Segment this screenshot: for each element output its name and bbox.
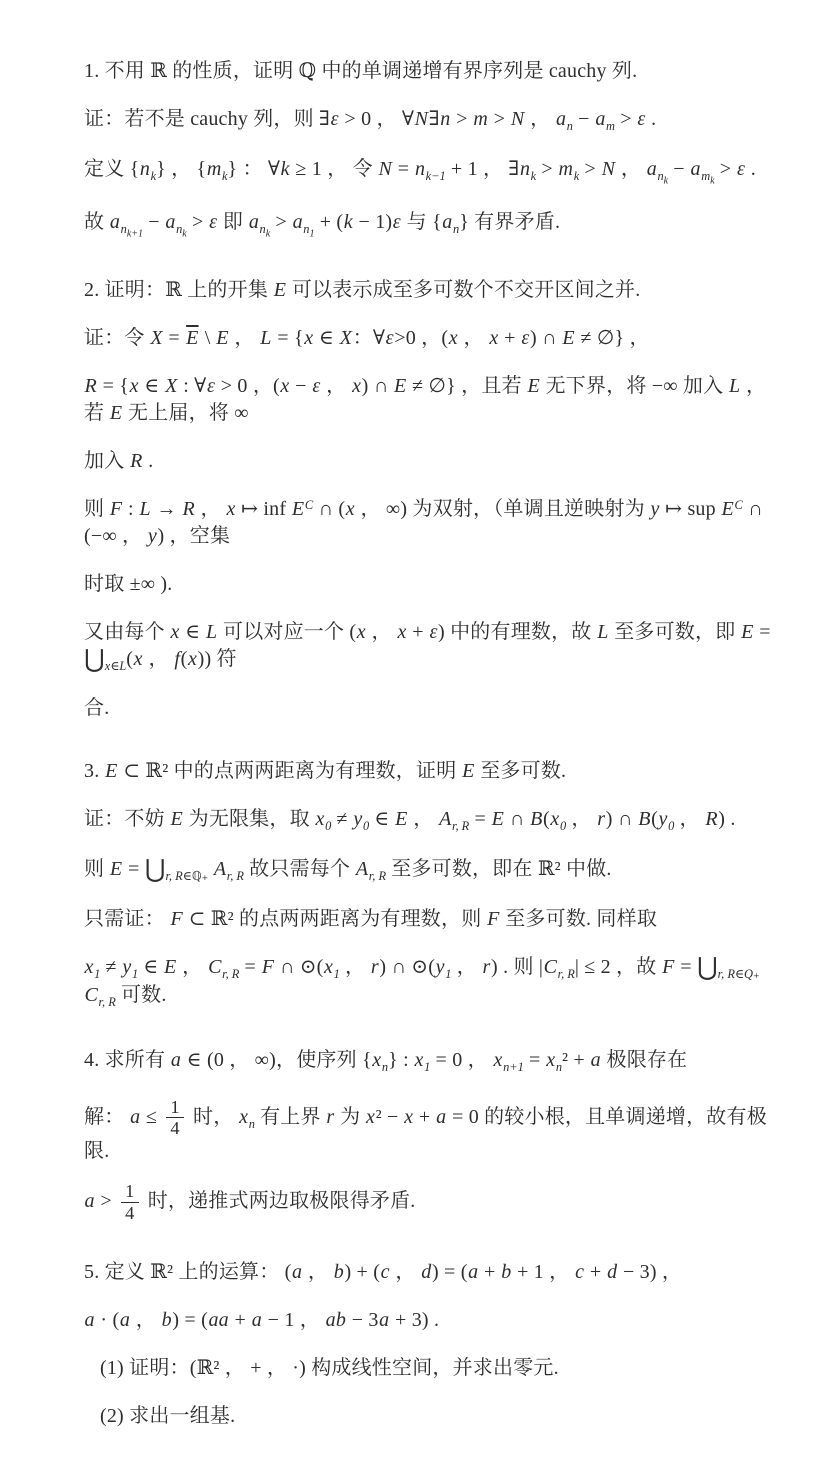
text-run: 证：若不是 cauchy 列，则 ∃: [84, 108, 330, 130]
problem-5-statement: 5. 定义 ℝ² 上的运算： (a ， b) + (c ， d) = (a + …: [84, 1259, 781, 1286]
text-run: (: [181, 648, 188, 670]
text-run: (: [651, 808, 658, 830]
text-run: >0 ，(: [394, 327, 448, 349]
text-run: >: [270, 211, 292, 233]
text-run: +: [414, 1106, 436, 1128]
text-run: L: [729, 375, 741, 397]
text-run: (2) 求出一组基.: [100, 1405, 235, 1427]
text-run: L: [597, 621, 609, 643]
text-run: C: [84, 984, 99, 1006]
text-run: E: [109, 858, 122, 880]
text-run: k: [343, 211, 353, 233]
problem-5-part-2: (2) 求出一组基.: [84, 1403, 781, 1430]
text-run: +: [479, 1261, 501, 1283]
text-run: x: [352, 375, 362, 397]
text-run: ab: [325, 1309, 346, 1331]
text-run: 为无限集，取: [183, 808, 315, 830]
text-run: ，: [229, 327, 260, 349]
text-run: R: [182, 498, 195, 520]
text-run: n: [519, 158, 530, 180]
text-run: N: [510, 108, 525, 130]
text-run: 至多可数.: [475, 760, 566, 782]
text-run: ∈: [180, 621, 205, 643]
text-run: X: [339, 327, 352, 349]
text-run: →: [151, 498, 182, 520]
text-run: a: [84, 1190, 95, 1212]
text-run: 时，: [188, 1106, 239, 1128]
text-run: −: [290, 375, 312, 397]
text-run: n: [414, 158, 425, 180]
text-run: a: [436, 1106, 447, 1128]
text-run: ，: [525, 108, 556, 130]
text-run: B: [638, 808, 651, 830]
text-run: ∩: [505, 808, 530, 830]
problem-3-union: 则 E = ⋃r, R∈ℚ₊ Ar, R 故只需每个 Ar, R 至多可数，即在…: [84, 856, 781, 885]
document-body: 1. 不用 ℝ 的性质，证明 ℚ 中的单调递增有界序列是 cauchy 列.证：…: [84, 58, 781, 1430]
problem-2-proof-setup: 证：令 X = E \ E ， L = {x ∈ X：∀ε>0 ，(x ， x …: [84, 325, 781, 352]
text-run: ↦ inf: [236, 498, 291, 520]
text-run: a: [292, 211, 303, 233]
text-run: X: [150, 327, 163, 349]
text-run: ) .: [718, 808, 735, 830]
text-run: R: [705, 808, 718, 830]
text-run: a: [109, 211, 120, 233]
text-run: x: [304, 327, 314, 349]
text-run: x: [372, 1049, 382, 1071]
text-run: X: [165, 375, 178, 397]
problem-5-scalar-multiplication: a · (a ， b) = (aa + a − 1 ， ab − 3a + 3)…: [84, 1307, 781, 1334]
text-run: ，: [451, 956, 482, 978]
text-run: x: [129, 375, 139, 397]
text-run: a: [468, 1261, 479, 1283]
text-run: − 3) ，: [618, 1261, 682, 1283]
text-run: 可以表示成至多可数个不交开区间之并.: [287, 279, 641, 301]
text-run: 至多可数. 同样取: [500, 908, 657, 930]
text-run: ) = (: [432, 1261, 468, 1283]
text-run: ⊂ ℝ² 的点两两距离为有理数，则: [183, 908, 486, 930]
text-run: r: [597, 808, 606, 830]
text-run: ，: [366, 621, 397, 643]
text-run: 与 {: [401, 211, 441, 233]
problem-3-circles: x1 ≠ y1 ∈ E ， Cr, R = F ∩ ⊙(x1 ， r) ∩ ⊙(…: [84, 954, 781, 1011]
text-run: )) 符: [198, 648, 237, 670]
text-run: x: [356, 621, 366, 643]
problem-2-bijection-cont: 时取 ±∞ ).: [84, 571, 781, 598]
text-run: − 1): [353, 211, 392, 233]
text-run: x: [226, 498, 236, 520]
text-run: ) + (: [345, 1261, 381, 1283]
text-run: x: [170, 621, 180, 643]
text-run: E: [273, 279, 286, 301]
text-run: } :: [388, 1049, 414, 1071]
text-run: F: [109, 498, 122, 520]
text-run: ⋃: [697, 954, 718, 981]
text-run: ) ∩: [362, 375, 394, 397]
text-run: ≥ 1 ， 令: [290, 158, 378, 180]
text-run: c: [380, 1261, 390, 1283]
text-run: A: [355, 858, 368, 880]
text-run: C: [734, 498, 742, 512]
text-run: ≠ ∅} ，: [575, 327, 649, 349]
text-run: r: [482, 956, 491, 978]
text-run: 故只需每个: [244, 858, 355, 880]
text-run: 可数.: [116, 984, 167, 1006]
text-run: | ≤ 2 ，故: [575, 956, 662, 978]
text-run: >: [451, 108, 473, 130]
text-run: b: [501, 1261, 512, 1283]
text-run: x: [493, 1049, 503, 1071]
text-run: ，: [177, 956, 208, 978]
text-run: n: [440, 108, 451, 130]
text-run: −: [143, 211, 165, 233]
text-run: >: [615, 108, 637, 130]
text-run: 即: [218, 211, 249, 233]
text-run: >: [715, 158, 737, 180]
text-run: E: [109, 402, 122, 424]
text-run: m: [701, 169, 710, 183]
text-run: >: [579, 158, 601, 180]
text-run: ，: [143, 648, 174, 670]
text-run: ≠: [100, 956, 122, 978]
problem-2-right-set-cont: 加入 R .: [84, 448, 781, 475]
text-run: .: [143, 450, 153, 472]
text-run: N: [378, 158, 393, 180]
text-run: B: [530, 808, 543, 830]
text-run: k+1: [127, 228, 143, 239]
text-run: ∩ (: [313, 498, 345, 520]
text-run: −: [573, 108, 595, 130]
text-run: ，: [616, 158, 647, 180]
text-run: 又由每个: [84, 621, 170, 643]
text-run: − 3: [347, 1309, 379, 1331]
text-run: d: [607, 1261, 618, 1283]
text-run: −: [668, 158, 690, 180]
text-run: x: [550, 808, 560, 830]
text-run: > 0 ，(: [216, 375, 280, 397]
text-run: 时，递推式两边取极限得矛盾.: [143, 1190, 416, 1212]
text-run: =: [524, 1049, 546, 1071]
text-run: ，: [303, 1261, 334, 1283]
text-run: x: [397, 621, 407, 643]
text-run: E: [395, 808, 408, 830]
text-run: : ∀: [178, 375, 206, 397]
text-run: ∩ ⊙(: [275, 956, 324, 978]
problem-2-bijection: 则 F : L → R ， x ↦ inf EC ∩ (x ， ∞) 为双射，（…: [84, 496, 781, 550]
text-run: 为: [335, 1106, 366, 1128]
text-run: A: [213, 858, 226, 880]
text-run: m: [206, 158, 222, 180]
text-run: L: [205, 621, 217, 643]
text-run: m: [558, 158, 574, 180]
text-run: C: [208, 956, 223, 978]
text-run: ∈ (0 ， ∞)，使序列 {: [182, 1049, 372, 1071]
text-run: + 3) .: [390, 1309, 439, 1331]
text-run: x: [324, 956, 334, 978]
text-run: a: [690, 158, 701, 180]
text-run: F: [170, 908, 183, 930]
text-run: =: [675, 956, 697, 978]
text-run: E: [462, 760, 475, 782]
text-run: ，: [390, 1261, 421, 1283]
text-run: x: [448, 327, 458, 349]
problem-1-statement: 1. 不用 ℝ 的性质，证明 ℚ 中的单调递增有界序列是 cauchy 列.: [84, 58, 781, 85]
problem-1-proof-setup: 证：若不是 cauchy 列，则 ∃ε > 0 ， ∀N∃n > m > N ，…: [84, 106, 781, 135]
text-run: ε: [429, 621, 438, 643]
text-run: ，: [458, 327, 489, 349]
text-run: ² +: [562, 1049, 590, 1071]
text-run: ⋃: [84, 646, 105, 673]
text-run: ∈: [369, 808, 394, 830]
problem-2-countability: 又由每个 x ∈ L 可以对应一个 (x ， x + ε) 中的有理数，故 L …: [84, 619, 781, 675]
text-run: ) . 则 |: [491, 956, 543, 978]
text-run: 至多可数，即: [609, 621, 741, 643]
text-run: x: [315, 808, 325, 830]
text-run: a: [130, 1106, 141, 1128]
text-run: r: [326, 1106, 335, 1128]
text-run: a: [379, 1309, 390, 1331]
text-run: E: [562, 327, 575, 349]
text-run: E: [527, 375, 540, 397]
text-run: ，: [321, 375, 352, 397]
text-run: ε: [521, 327, 530, 349]
text-run: =: [754, 621, 771, 643]
text-run: ε: [312, 375, 321, 397]
text-run: ∈: [139, 375, 164, 397]
text-run: =: [469, 808, 491, 830]
text-run: L: [260, 327, 272, 349]
text-run: k−1: [426, 169, 446, 183]
text-run: 有上界: [255, 1106, 326, 1128]
text-run: 时取 ±∞ ).: [84, 573, 173, 595]
text-run: a: [556, 108, 567, 130]
text-run: x: [280, 375, 290, 397]
text-run: 无下界，将 −∞ 加入: [540, 375, 728, 397]
text-run: .: [746, 158, 756, 180]
text-run: y: [650, 498, 660, 520]
text-run: +: [407, 621, 429, 643]
text-run: E: [291, 498, 304, 520]
text-run: ∃: [429, 108, 440, 130]
text-run: + (: [315, 211, 344, 233]
text-run: N: [601, 158, 616, 180]
text-run: ，: [408, 808, 439, 830]
problem-4-case-1: 解： a ≤ 14 时， xn 有上界 r 为 x² − x + a = 0 的…: [84, 1097, 781, 1165]
text-run: a: [170, 1049, 181, 1071]
text-run: x∈L: [105, 659, 127, 673]
text-run: ε: [209, 211, 218, 233]
text-run: 证：不妨: [84, 808, 170, 830]
text-run: x: [404, 1106, 414, 1128]
problem-2-right-set: R = {x ∈ X : ∀ε > 0 ，(x − ε ， x) ∩ E ≠ ∅…: [84, 373, 781, 427]
text-run: 则: [84, 858, 109, 880]
text-run: =: [163, 327, 185, 349]
text-run: ，: [340, 956, 371, 978]
text-run: a: [442, 211, 453, 233]
text-run: ² −: [376, 1106, 404, 1128]
text-run: ：∀: [353, 327, 385, 349]
problem-2-statement: 2. 证明：ℝ 上的开集 E 可以表示成至多可数个不交开区间之并.: [84, 277, 781, 304]
text-run: b: [161, 1309, 172, 1331]
text-run: E: [170, 808, 183, 830]
text-run: E: [741, 621, 754, 643]
text-run: k: [280, 158, 290, 180]
text-run: x: [188, 648, 198, 670]
text-run: 极限存在: [601, 1049, 687, 1071]
text-run: (: [543, 808, 550, 830]
text-run: y: [122, 956, 132, 978]
text-run: ⋃: [145, 856, 166, 883]
text-run: >: [536, 158, 558, 180]
text-run: a: [646, 158, 657, 180]
text-run: 定义 {: [84, 158, 139, 180]
text-run: = {: [97, 375, 129, 397]
text-run: .: [646, 108, 656, 130]
text-run: a: [165, 211, 176, 233]
text-run: E: [185, 327, 199, 349]
text-run: } 有界矛盾.: [459, 211, 560, 233]
text-run: R: [130, 450, 143, 472]
text-run: +: [499, 327, 521, 349]
text-run: a: [251, 1309, 262, 1331]
problem-3-proof-setup: 证：不妨 E 为无限集，取 x0 ≠ y0 ∈ E ， Ar, R = E ∩ …: [84, 806, 781, 835]
text-run: E: [721, 498, 734, 520]
text-run: ) ，空集: [157, 525, 230, 547]
problem-3-reduction: 只需证： F ⊂ ℝ² 的点两两距离为有理数，则 F 至多可数. 同样取: [84, 906, 781, 933]
text-run: x: [84, 956, 94, 978]
text-run: r, R∈ℚ₊: [165, 869, 208, 883]
text-run: 无上届，将 ∞: [123, 402, 249, 424]
text-run: d: [421, 1261, 432, 1283]
text-run: 14: [121, 1181, 138, 1222]
text-run: ε: [637, 108, 646, 130]
text-run: a: [590, 1049, 601, 1071]
text-run: a: [248, 211, 259, 233]
text-run: ，: [195, 498, 226, 520]
text-run: E: [216, 327, 229, 349]
problem-4-statement: 4. 求所有 a ∈ (0 ， ∞)，使序列 {xn} : x1 = 0 ， x…: [84, 1047, 781, 1076]
text-run: b: [333, 1261, 344, 1283]
text-run: +: [229, 1309, 251, 1331]
text-run: r, R: [99, 995, 116, 1009]
problem-4-case-2: a > 14 时，递推式两边取极限得矛盾.: [84, 1181, 781, 1222]
text-run: x: [133, 648, 143, 670]
text-run: E: [394, 375, 407, 397]
problem-2-countability-cont: 合.: [84, 695, 781, 722]
text-run: ≠ ∅} ，且若: [407, 375, 527, 397]
problem-1-construction: 定义 {nk} ， {mk} ： ∀k ≥ 1 ， 令 N = nk−1 + 1…: [84, 156, 781, 188]
text-run: ∈: [314, 327, 339, 349]
text-run: =: [393, 158, 415, 180]
text-run: 4. 求所有: [84, 1049, 170, 1071]
text-run: r, R: [222, 967, 239, 981]
text-run: ， ∞) 为双射，（单调且逆映射为: [355, 498, 650, 520]
problem-5-part-1: (1) 证明：(ℝ² ， + ， ·) 构成线性空间，并求出零元.: [84, 1355, 781, 1382]
text-run: >: [489, 108, 511, 130]
text-run: 证：令: [84, 327, 150, 349]
text-run: 至多可数，即在 ℝ² 中做.: [386, 858, 612, 880]
text-run: x: [365, 1106, 375, 1128]
text-run: ε: [385, 327, 394, 349]
text-run: ) = (: [172, 1309, 208, 1331]
problem-1-conclusion: 故 ank+1 − ank > ε 即 ank > an1 + (k − 1)ε…: [84, 209, 781, 241]
text-run: y: [435, 956, 445, 978]
text-run: 加入: [84, 450, 130, 472]
text-run: ≠: [331, 808, 353, 830]
text-run: a: [84, 1309, 95, 1331]
text-run: 合.: [84, 697, 109, 719]
text-run: x: [546, 1049, 556, 1071]
text-run: 2. 证明：ℝ 上的开集: [84, 279, 273, 301]
text-run: x: [239, 1106, 249, 1128]
text-run: m: [473, 108, 489, 130]
text-run: F: [261, 956, 274, 978]
text-run: E: [164, 956, 177, 978]
text-run: ↦ sup: [660, 498, 721, 520]
text-run: r, R∈Q₊: [718, 967, 760, 981]
text-run: 故: [84, 211, 109, 233]
text-run: 3.: [84, 760, 105, 782]
text-run: a: [119, 1309, 130, 1331]
text-run: } ， {: [156, 158, 206, 180]
text-run: C: [543, 956, 558, 978]
text-run: >: [187, 211, 209, 233]
text-run: ) 中的有理数，故: [438, 621, 597, 643]
text-run: 5. 定义 ℝ² 上的运算： (: [84, 1261, 291, 1283]
text-run: E: [105, 760, 118, 782]
text-run: ∈: [138, 956, 163, 978]
text-run: L: [139, 498, 151, 520]
text-run: 只需证：: [84, 908, 170, 930]
text-run: \: [200, 327, 216, 349]
text-run: > 0 ， ∀: [339, 108, 414, 130]
text-run: (1) 证明：(ℝ² ， + ， ·) 构成线性空间，并求出零元.: [100, 1357, 559, 1379]
text-run: y: [353, 808, 363, 830]
text-run: ⊂ ℝ² 中的点两两距离为有理数，证明: [118, 760, 462, 782]
text-run: x: [345, 498, 355, 520]
text-run: ) ∩: [606, 808, 638, 830]
text-run: r, R: [227, 869, 244, 883]
text-run: N: [414, 108, 429, 130]
text-run: F: [487, 908, 500, 930]
text-run: a: [595, 108, 606, 130]
text-run: ，: [674, 808, 705, 830]
text-run: m: [606, 119, 615, 133]
text-run: R: [84, 375, 97, 397]
text-run: aa: [208, 1309, 229, 1331]
text-run: =: [239, 956, 261, 978]
text-run: f: [174, 648, 181, 670]
text-run: − 1 ，: [262, 1309, 325, 1331]
text-run: + 1 ， ∃: [446, 158, 520, 180]
text-run: E: [491, 808, 504, 830]
text-run: ) ∩ ⊙(: [379, 956, 435, 978]
text-run: = {: [272, 327, 304, 349]
text-run: y: [658, 808, 668, 830]
text-run: n+1: [503, 1060, 524, 1074]
text-run: = 0 ，: [430, 1049, 493, 1071]
text-run: ) ∩: [530, 327, 562, 349]
text-run: ε: [392, 211, 401, 233]
text-run: 解：: [84, 1106, 130, 1128]
text-run: =: [123, 858, 145, 880]
document-page: 1. 不用 ℝ 的性质，证明 ℚ 中的单调递增有界序列是 cauchy 列.证：…: [0, 0, 833, 1481]
text-run: 14: [166, 1097, 183, 1138]
text-run: r, R: [369, 869, 386, 883]
text-run: r, R: [558, 967, 575, 981]
text-run: a: [291, 1261, 302, 1283]
text-run: ，: [566, 808, 597, 830]
text-run: ε: [736, 158, 745, 180]
